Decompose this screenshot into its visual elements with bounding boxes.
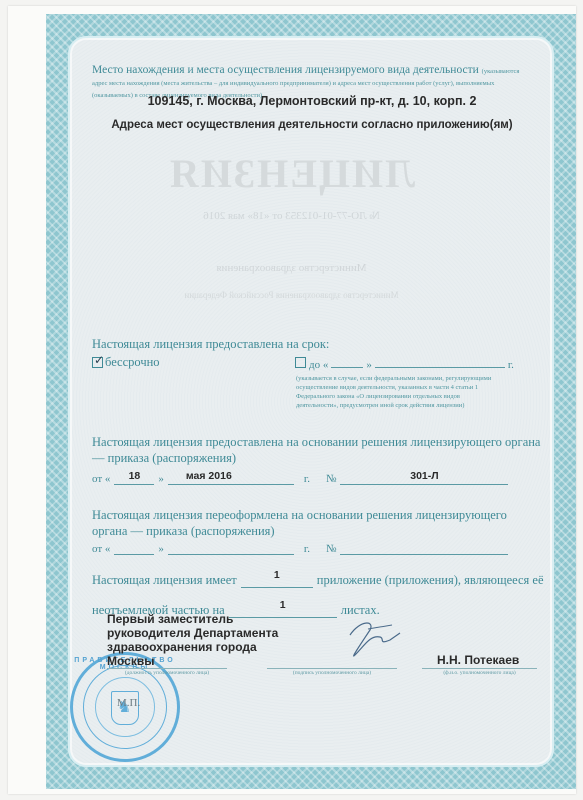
quote-close: »: [158, 543, 164, 555]
position-line: Москвы: [107, 654, 278, 668]
name-caption: (ф.и.о. уполномоченного лица): [422, 670, 537, 676]
location-heading: Место нахождения и места осуществления л…: [92, 64, 479, 76]
annex-count: 1: [241, 569, 313, 581]
from-label: от «: [92, 543, 110, 555]
position-caption: (должность уполномоченного лица): [107, 670, 227, 676]
position-line: Первый заместитель: [107, 612, 278, 626]
position-line-cell: (должность уполномоченного лица): [107, 668, 227, 676]
until-mid: »: [366, 359, 372, 371]
signer-position: Первый заместитель руководителя Департам…: [107, 612, 278, 668]
reissue-number-field: [340, 540, 508, 555]
until-suffix: г.: [508, 359, 514, 371]
bleed-through-line: Министерство здравоохранения: [0, 262, 583, 274]
annex-suffix: приложение (приложения), являющееся её: [317, 573, 544, 588]
sheets-count: 1: [229, 599, 337, 611]
bleed-through-title: ЛИЦЕНЗИЯ: [0, 150, 583, 197]
grant-month-year: мая 2016: [168, 470, 294, 482]
grant-number-field: 301-Л: [340, 470, 508, 485]
address-value: 109145, г. Москва, Лермонтовский пр-кт, …: [92, 94, 532, 108]
bleed-through-line: Министерство здравоохранения Российской …: [0, 290, 583, 300]
reissue-month-year-field: [168, 540, 294, 555]
checkbox-until[interactable]: [295, 357, 306, 368]
addresses-note: Адреса мест осуществления деятельности с…: [92, 119, 532, 131]
grant-number: 301-Л: [340, 470, 508, 482]
position-line: руководителя Департамента: [107, 626, 278, 640]
seal-label: М.П.: [117, 697, 140, 709]
quote-close: »: [158, 473, 164, 485]
reissue-order-row: от « » г. №: [92, 540, 508, 555]
reissue-day-field: [114, 540, 154, 555]
position-line: здравоохранения города: [107, 640, 278, 654]
handwritten-signature: [330, 615, 410, 665]
bleed-through-number: № ЛО-77-01-012353 от «18» мая 2016: [0, 210, 583, 222]
grant-basis-text: Настоящая лицензия предоставлена на осно…: [92, 434, 542, 466]
number-label: №: [326, 543, 337, 555]
until-day-blank: [331, 355, 363, 368]
grant-day: 18: [114, 470, 154, 482]
grant-order-row: от « 18 » мая 2016 г. № 301-Л: [92, 470, 508, 485]
grant-month-year-field: мая 2016: [168, 470, 294, 485]
until-prefix: до «: [309, 359, 328, 371]
signature-caption: (подпись уполномоченного лица): [267, 670, 397, 676]
name-line-cell: (ф.и.о. уполномоченного лица): [422, 668, 537, 676]
term-until-option[interactable]: до « » г.: [295, 355, 514, 371]
annex-prefix: Настоящая лицензия имеет: [92, 573, 237, 588]
term-until-note: (указывается в случае, если федеральными…: [296, 374, 496, 410]
annex-count-field: 1: [241, 569, 313, 588]
year-suffix: г.: [304, 473, 310, 485]
grant-day-field: 18: [114, 470, 154, 485]
term-label: Настоящая лицензия предоставлена на срок…: [92, 337, 329, 352]
checkmark-icon: ✓: [94, 353, 104, 367]
term-indefinite-option[interactable]: ✓ бессрочно: [92, 355, 160, 370]
annex-row: Настоящая лицензия имеет 1 приложение (п…: [92, 569, 544, 588]
from-label: от «: [92, 473, 110, 485]
number-label: №: [326, 473, 337, 485]
year-suffix: г.: [304, 543, 310, 555]
term-indefinite-label: бессрочно: [105, 355, 160, 370]
until-date-blank: [375, 355, 505, 368]
checkbox-indefinite[interactable]: ✓: [92, 357, 103, 368]
signature-line-cell: (подпись уполномоченного лица): [267, 668, 397, 676]
signer-name: Н.Н. Потекаев: [437, 653, 519, 667]
reissue-basis-text: Настоящая лицензия переоформлена на осно…: [92, 507, 542, 539]
